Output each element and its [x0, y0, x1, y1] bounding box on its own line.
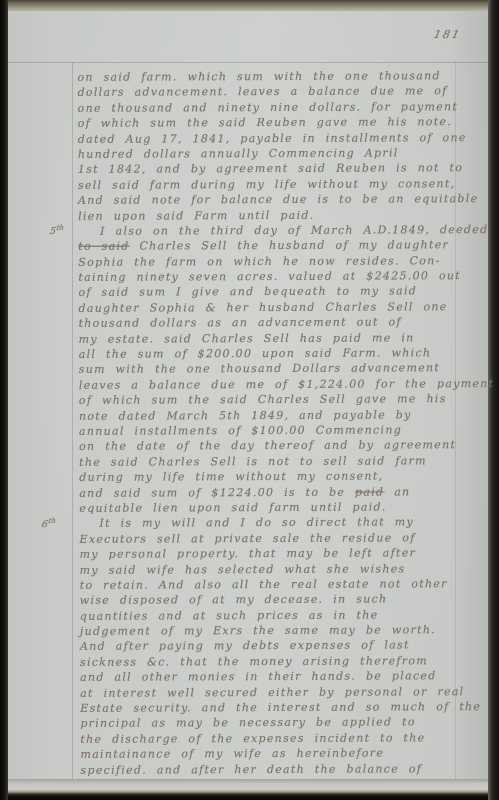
- handwritten-line: one thousand and ninety nine dollars. fo…: [78, 99, 456, 116]
- text-segment: on said farm. which sum with the one tho…: [77, 69, 440, 84]
- text-segment: all the sum of $200.00 upon said Farm. w…: [79, 346, 432, 361]
- handwritten-line: note dated March 5th 1849, and payable b…: [79, 407, 457, 424]
- header-rule-line: [8, 62, 488, 63]
- handwritten-line: judgement of my Exrs the same may be wor…: [80, 622, 458, 639]
- handwritten-line: sum with the one thousand Dollars advanc…: [79, 361, 457, 378]
- handwritten-line: dated Aug 17, 1841, payable in installme…: [78, 130, 456, 147]
- text-segment: annual installments of $100.00 Commencin…: [79, 423, 402, 437]
- text-segment: principal as may be necessary be applied…: [80, 716, 416, 730]
- handwritten-line: leaves a balance due me of $1,224.00 for…: [79, 376, 457, 393]
- text-segment: sickness &c. that the money arising ther…: [80, 654, 428, 669]
- handwritten-line: the said Charles Sell is not to sell sai…: [79, 453, 457, 470]
- handwritten-text-block: on said farm. which sum with the one tho…: [77, 68, 458, 778]
- text-segment: Sophia the farm on which he now resides.…: [78, 254, 440, 269]
- text-segment: leaves a balance due me of $1,224.00 for…: [79, 377, 495, 392]
- handwritten-line: Estate security. and the interest and so…: [80, 699, 458, 716]
- handwritten-line: and all other monies in their hands. be …: [80, 668, 458, 685]
- handwritten-line: and said sum of $1224.00 is to be paid a…: [79, 484, 457, 501]
- paper: 181 on said farm. which sum with the one…: [8, 11, 488, 779]
- handwritten-line: of which sum the said Charles Sell gave …: [79, 391, 457, 408]
- handwritten-line: And after paying my debts expenses of la…: [80, 638, 458, 655]
- handwritten-line: equitable lien upon said farm until paid…: [79, 499, 457, 516]
- section-number-marker: 6th: [41, 517, 57, 530]
- page-stack-edge-bottom: [8, 779, 488, 800]
- text-segment: thousand dollars as an advancement out o…: [79, 316, 402, 330]
- struck-out-word: to said: [78, 240, 129, 253]
- section-number-marker: 5th: [49, 224, 65, 237]
- text-segment: And after paying my debts expenses of la…: [80, 639, 410, 653]
- handwritten-line: And said note for balance due is to be a…: [78, 191, 456, 208]
- text-segment: an: [384, 485, 410, 498]
- handwritten-line: taining ninety seven acres. valued at $2…: [78, 268, 456, 285]
- scanned-page: 181 on said farm. which sum with the one…: [0, 0, 499, 800]
- handwritten-line: lien upon said Farm until paid.: [78, 207, 456, 224]
- text-segment: and said sum of $1224.00 is to be: [79, 485, 355, 499]
- section-number-suffix: th: [48, 517, 57, 525]
- handwritten-line: daughter Sophia & her husband Charles Se…: [78, 299, 456, 316]
- handwritten-line: on the date of the day thereof and by ag…: [79, 438, 457, 455]
- handwritten-line: the discharge of the expenses incident t…: [80, 730, 458, 747]
- handwritten-line: wise disposed of at my decease. in such: [80, 591, 458, 608]
- text-segment: lien upon said Farm until paid.: [78, 208, 314, 222]
- text-segment: 1st 1842, and by agreement said Reuben i…: [78, 161, 463, 176]
- text-segment: I also on the third day of March A.D.184…: [100, 223, 488, 238]
- text-segment: hundred dollars annually Commencing Apri…: [78, 146, 399, 160]
- text-segment: to retain. And also all the real estate …: [80, 577, 448, 592]
- text-segment: daughter Sophia & her husband Charles Se…: [78, 300, 447, 315]
- text-segment: the said Charles Sell is not to sell sai…: [79, 454, 427, 469]
- section-number-suffix: th: [56, 224, 65, 232]
- text-segment: during my life time without my consent,: [79, 470, 383, 484]
- handwritten-line: specified. and after her death the balan…: [80, 761, 458, 778]
- text-segment: wise disposed of at my decease. in such: [80, 593, 388, 607]
- text-segment: my personal property. that may be left a…: [80, 546, 417, 560]
- text-segment: dollars advancement. leaves a balance du…: [78, 85, 448, 100]
- handwritten-line: on said farm. which sum with the one tho…: [77, 68, 455, 85]
- handwritten-line: my said wife has selected what she wishe…: [80, 561, 458, 578]
- handwritten-line: quantities and at such prices as in the: [80, 607, 458, 624]
- text-segment: of which sum the said Charles Sell gave …: [79, 392, 447, 407]
- handwritten-line: thousand dollars as an advancement out o…: [79, 314, 457, 331]
- handwritten-line: It is my will and I do so direct that my: [79, 515, 457, 532]
- text-segment: It is my will and I do so direct that my: [99, 516, 414, 530]
- handwritten-line: during my life time without my consent,: [79, 468, 457, 485]
- struck-out-word: paid: [355, 485, 384, 498]
- handwritten-line: of said sum I give and bequeath to my sa…: [78, 284, 456, 301]
- text-segment: one thousand and ninety nine dollars. fo…: [78, 100, 459, 115]
- text-segment: and all other monies in their hands. be …: [80, 670, 437, 685]
- handwritten-line: dollars advancement. leaves a balance du…: [78, 84, 456, 101]
- handwritten-line: annual installments of $100.00 Commencin…: [79, 422, 457, 439]
- text-segment: my estate. said Charles Sell has paid me…: [79, 331, 415, 345]
- text-segment: sum with the one thousand Dollars advanc…: [79, 362, 440, 377]
- text-segment: equitable lien upon said farm until paid…: [79, 500, 386, 514]
- handwritten-line: 1st 1842, and by agreement said Reuben i…: [78, 161, 456, 178]
- handwritten-line: sell said farm during my life without my…: [78, 176, 456, 193]
- text-segment: my said wife has selected what she wishe…: [80, 562, 406, 576]
- handwritten-line: to said Charles Sell the husband of my d…: [78, 237, 456, 254]
- handwritten-line: all the sum of $200.00 upon said Farm. w…: [79, 345, 457, 362]
- handwritten-line: Executors sell at private sale the resid…: [79, 530, 457, 547]
- text-segment: of said sum I give and bequeath to my sa…: [78, 285, 417, 299]
- handwritten-line: principal as may be necessary be applied…: [80, 715, 458, 732]
- text-segment: taining ninety seven acres. valued at $2…: [78, 269, 461, 284]
- text-segment: dated Aug 17, 1841, payable in installme…: [78, 131, 467, 146]
- handwritten-line: at interest well secured either by perso…: [80, 684, 458, 701]
- handwritten-line: maintainance of my wife as hereinbefore: [80, 745, 458, 762]
- text-segment: at interest well secured either by perso…: [80, 685, 464, 700]
- text-segment: sell said farm during my life without my…: [78, 177, 456, 192]
- handwritten-line: sickness &c. that the money arising ther…: [80, 653, 458, 670]
- text-segment: quantities and at such prices as in the: [80, 608, 379, 622]
- text-segment: maintainance of my wife as hereinbefore: [80, 747, 384, 761]
- handwritten-line: to retain. And also all the real estate …: [80, 576, 458, 593]
- text-segment: specified. and after her death the balan…: [80, 762, 422, 776]
- handwritten-line: Sophia the farm on which he now resides.…: [78, 253, 456, 270]
- book-edge-top: [8, 0, 488, 11]
- handwritten-line: my personal property. that may be left a…: [80, 545, 458, 562]
- text-segment: Executors sell at private sale the resid…: [79, 531, 415, 545]
- text-segment: And said note for balance due is to be a…: [78, 192, 478, 207]
- text-segment: the discharge of the expenses incident t…: [80, 731, 425, 746]
- left-margin-rule-line: [72, 62, 73, 779]
- text-segment: Estate security. and the interest and so…: [80, 700, 481, 715]
- text-segment: note dated March 5th 1849, and payable b…: [79, 408, 412, 422]
- page-stack-edge-right: [488, 0, 499, 800]
- text-segment: on the date of the day thereof and by ag…: [79, 439, 456, 454]
- handwritten-line: hundred dollars annually Commencing Apri…: [78, 145, 456, 162]
- text-segment: judgement of my Exrs the same may be wor…: [80, 623, 436, 638]
- handwritten-line: I also on the third day of March A.D.184…: [78, 222, 456, 239]
- text-segment: of which sum the said Reuben gave me his…: [78, 115, 452, 130]
- handwritten-line: of which sum the said Reuben gave me his…: [78, 114, 456, 131]
- book-binding-edge-left: [0, 0, 8, 800]
- page-number: 181: [433, 28, 463, 41]
- handwritten-line: my estate. said Charles Sell has paid me…: [79, 330, 457, 347]
- text-segment: Charles Sell the husband of my daughter: [130, 239, 450, 253]
